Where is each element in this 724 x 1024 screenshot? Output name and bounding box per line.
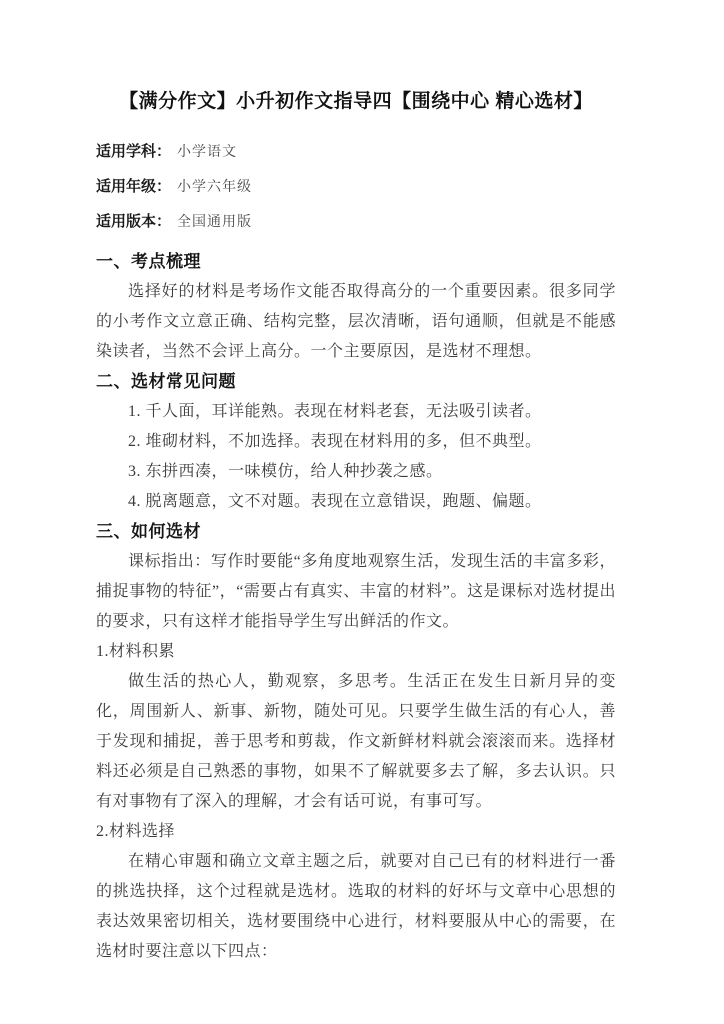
subsection-2-paragraph: 在精心审题和确立文章主题之后，就要对自己已有的材料进行一番的挑选抉择，这个过程就… [96,847,616,967]
section-2-list-item-1: 1. 千人面，耳详能熟。表现在材料老套，无法吸引读者。 [96,397,616,427]
meta-row-edition: 适用版本：全国通用版 [96,212,616,233]
subsection-2-heading: 2.材料选择 [96,817,616,847]
meta-row-subject: 适用学科：小学语文 [96,142,616,163]
meta-edition-value: 全国通用版 [177,215,252,230]
section-1-paragraph: 选择好的材料是考场作文能否取得高分的一个重要因素。很多同学的小考作文立意正确、结… [96,277,616,367]
meta-block: 适用学科：小学语文 适用年级：小学六年级 适用版本：全国通用版 [96,142,616,233]
document-title: 【满分作文】小升初作文指导四【围绕中心 精心选材】 [96,88,616,116]
section-1-heading: 一、考点梳理 [96,249,616,275]
section-2-heading: 二、选材常见问题 [96,369,616,395]
subsection-1-paragraph: 做生活的热心人，勤观察，多思考。生活正在发生日新月异的变化，周围新人、新事、新物… [96,667,616,817]
section-3-heading: 三、如何选材 [96,519,616,545]
document-page: 【满分作文】小升初作文指导四【围绕中心 精心选材】 适用学科：小学语文 适用年级… [0,0,724,1024]
subsection-1-heading: 1.材料积累 [96,637,616,667]
meta-grade-label: 适用年级： [96,178,171,195]
meta-grade-value: 小学六年级 [177,180,252,195]
meta-subject-value: 小学语文 [177,145,237,160]
section-2-list-item-3: 3. 东拼西凑，一味模仿，给人种抄袭之感。 [96,457,616,487]
meta-edition-label: 适用版本： [96,213,171,230]
meta-row-grade: 适用年级：小学六年级 [96,177,616,198]
section-3-paragraph: 课标指出：写作时要能“多角度地观察生活，发现生活的丰富多彩，捕捉事物的特征”，“… [96,547,616,637]
section-2-list-item-2: 2. 堆砌材料，不加选择。表现在材料用的多，但不典型。 [96,427,616,457]
meta-subject-label: 适用学科： [96,143,171,160]
section-2-list-item-4: 4. 脱离题意，文不对题。表现在立意错误，跑题、偏题。 [96,487,616,517]
